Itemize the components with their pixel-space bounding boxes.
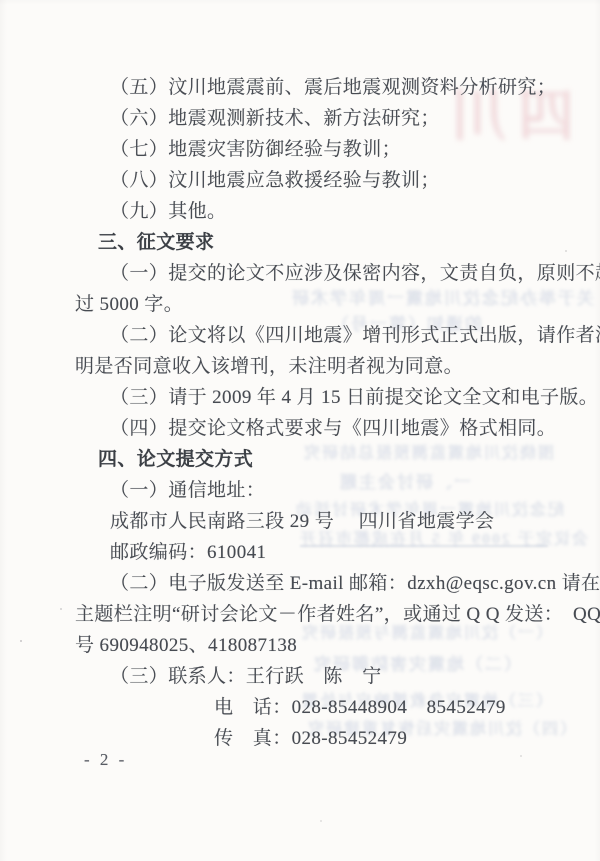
text-line: 成都市人民南路三段 29 号 四川省地震学会 <box>75 506 575 537</box>
text-line: （三）联系人：王行跃 陈 宁 <box>75 661 575 692</box>
text-line: （一）提交的论文不应涉及保密内容，文责自负，原则不超 <box>75 258 575 289</box>
text-line: 过 5000 字。 <box>75 289 575 320</box>
text-line: （七）地震灾害防御经验与教训； <box>75 134 575 165</box>
text-line: （二）电子版发送至 E-mail 邮箱：dzxh@eqsc.gov.cn 请在 <box>75 568 575 599</box>
text-line: 电 话：028-85448904 85452479 <box>75 692 575 723</box>
text-line: （六）地震观测新技术、新方法研究； <box>75 103 575 134</box>
text-line: （二）论文将以《四川地震》增刊形式正式出版，请作者注 <box>75 320 575 351</box>
text-line: 明是否同意收入该增刊，未注明者视为同意。 <box>75 351 575 382</box>
text-line: 主题栏注明“研讨会论文－作者姓名”，或通过 Q Q 发送： QQ <box>75 599 575 630</box>
text-line: 传 真：028-85452479 <box>75 723 575 754</box>
text-line: （三）请于 2009 年 4 月 15 日前提交论文全文和电子版。 <box>75 382 575 413</box>
text-line: 邮政编码：610041 <box>75 537 575 568</box>
text-line: （九）其他。 <box>75 196 575 227</box>
text-line: （四）提交论文格式要求与《四川地震》格式相同。 <box>75 413 575 444</box>
text-line: （八）汶川地震应急救援经验与教训； <box>75 165 575 196</box>
scanned-page: 四川关于举办纪念汶川地震一周年学术研的通知（第一号）围绕汶川地震监测预报总结研究… <box>0 0 600 861</box>
page-number: - 2 - <box>84 750 127 770</box>
scan-noise <box>20 640 22 642</box>
text-line: 三、征文要求 <box>75 227 575 258</box>
text-line: 号 690948025、418087138 <box>75 630 575 661</box>
text-line: （五）汶川地震震前、震后地震观测资料分析研究； <box>75 72 575 103</box>
text-line: （一）通信地址： <box>75 475 575 506</box>
text-line: 四、论文提交方式 <box>75 444 575 475</box>
document-body: （五）汶川地震震前、震后地震观测资料分析研究；（六）地震观测新技术、新方法研究；… <box>75 72 575 754</box>
